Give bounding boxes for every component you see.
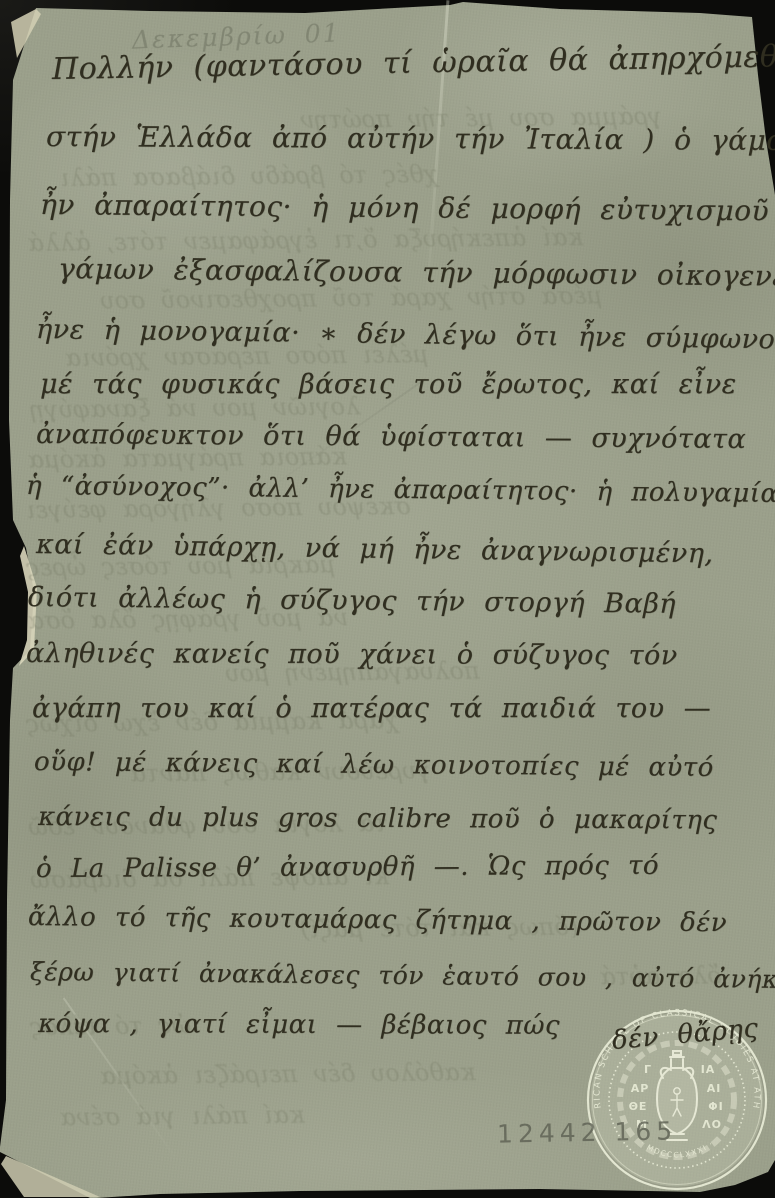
svg-text:Γ: Γ (644, 1063, 652, 1076)
svg-text:ΙΑ: ΙΑ (701, 1063, 716, 1076)
svg-text:ΦΙ: ΦΙ (708, 1100, 723, 1113)
letter-line: ἀγάπη του καί ὁ πατέρας τά παιδιά του — (32, 693, 711, 724)
svg-text:ΘΕ: ΘΕ (629, 1100, 648, 1113)
letter-line: ὁ La Palisse θ’ ἀνασυρθῆ —. Ὡς πρός τό (36, 851, 659, 884)
bleedthrough-line: καθόλου δέν πειράζει ἀκόμα (100, 1058, 476, 1090)
bleedthrough-line: χθές τό βράδυ διάβασα πάλι (60, 160, 438, 192)
letter-line: κάνεις du plus gros calibre ποῦ ὁ μακαρί… (38, 802, 718, 836)
letter-line: κόψα , γιατί εἶμαι — βέβαιος πώς (38, 1009, 560, 1041)
archival-number-pencil: 12442 165 (497, 1116, 678, 1148)
letter-line: ἀναπόφευκτον ὅτι θά ὑφίσταται — συχνότατ… (36, 419, 746, 455)
svg-text:ΑΡ: ΑΡ (631, 1082, 650, 1095)
letter-line: μέ τάς φυσικάς βάσεις τοῦ ἔρωτος, καί εἶ… (40, 369, 737, 400)
letter-line: ἦν ἀπαραίτητος· ἡ μόνη δέ μορφή εὐτυχισμ… (40, 188, 775, 228)
letter-line: στήν Ἑλλάδα ἀπό αὐτήν τήν Ἰταλία ) ὁ γάμ… (46, 120, 775, 157)
scanned-letter-page: Δεκεμβρίω 01 γράμμα σου μέ τήν πρώτην χθ… (0, 0, 775, 1198)
letter-line: ἄλλο τό τῆς κουταμάρας ζήτημα , πρῶτον δ… (28, 902, 727, 938)
letter-line: οὕφ! μέ κάνεις καί λέω κοινοτοπίες μέ αὐ… (34, 747, 714, 783)
letter-line: ἀληθινές κανείς ποῦ χάνει ὁ σύζυγος τόν (26, 638, 678, 671)
bleedthrough-line: καί πάλι γιά σένα (60, 1101, 305, 1132)
svg-text:ΑΙ: ΑΙ (707, 1082, 722, 1095)
svg-text:ΛΟ: ΛΟ (702, 1118, 722, 1131)
